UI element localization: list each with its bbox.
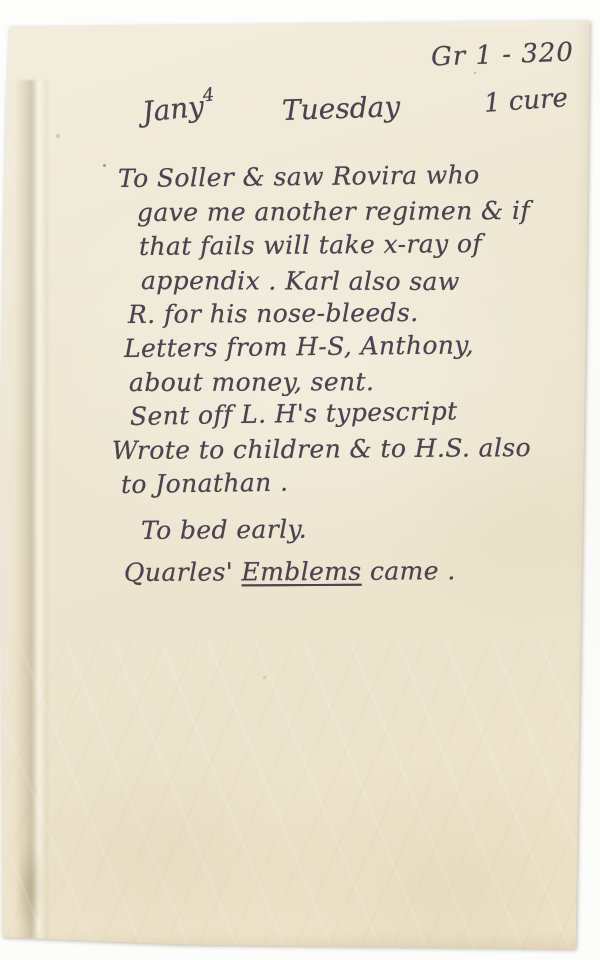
margin-note: 1 cure: [483, 83, 569, 119]
diary-line-last: Quarles' Emblems came .: [124, 554, 594, 590]
fold-crease-bottom: [18, 844, 44, 934]
archive-reference: Gr 1 - 320: [431, 38, 575, 73]
underlined-book-title: Emblems: [241, 557, 361, 587]
paper-speck: [474, 72, 476, 74]
diary-line: about money, sent.: [129, 364, 594, 400]
diary-line: Letters from H-S, Anthony,: [124, 327, 594, 366]
diary-entry: To Soller & saw Rovira who gave me anoth…: [0, 162, 594, 590]
paper-speck: [56, 134, 60, 138]
paper-speck: [263, 676, 266, 679]
last-line-post: came .: [362, 556, 456, 585]
paper-surface: Gr 1 - 320 1 cure Jany4 Tuesday To Solle…: [0, 16, 594, 952]
fold-crease: [15, 80, 48, 944]
diary-line: to Jonathan .: [121, 461, 594, 502]
entry-weekday: Tuesday: [282, 90, 401, 127]
diary-line: appendix . Karl also saw: [141, 264, 594, 300]
paper-sheet: Gr 1 - 320 1 cure Jany4 Tuesday To Solle…: [0, 16, 594, 952]
diary-line: Wrote to children & to H.S. also: [112, 431, 594, 468]
diary-line: that fails will take x-ray of: [139, 226, 594, 264]
diary-line: To bed early.: [141, 510, 594, 548]
diary-line: R. for his nose-bleeds.: [128, 295, 594, 332]
entry-day-superscript: 4: [202, 84, 216, 106]
diary-line: Sent off L. H's typescript: [130, 392, 595, 434]
paper-wrinkles: [0, 642, 594, 952]
last-line-pre: Quarles': [124, 557, 242, 587]
diary-line: To Soller & saw Rovira who: [118, 157, 594, 196]
diary-line: gave me another regimen & if: [137, 194, 594, 230]
paper-speck: [103, 164, 106, 167]
entry-date-heading: Jany4 Tuesday: [142, 88, 400, 125]
entry-month: Jany4: [140, 84, 217, 128]
